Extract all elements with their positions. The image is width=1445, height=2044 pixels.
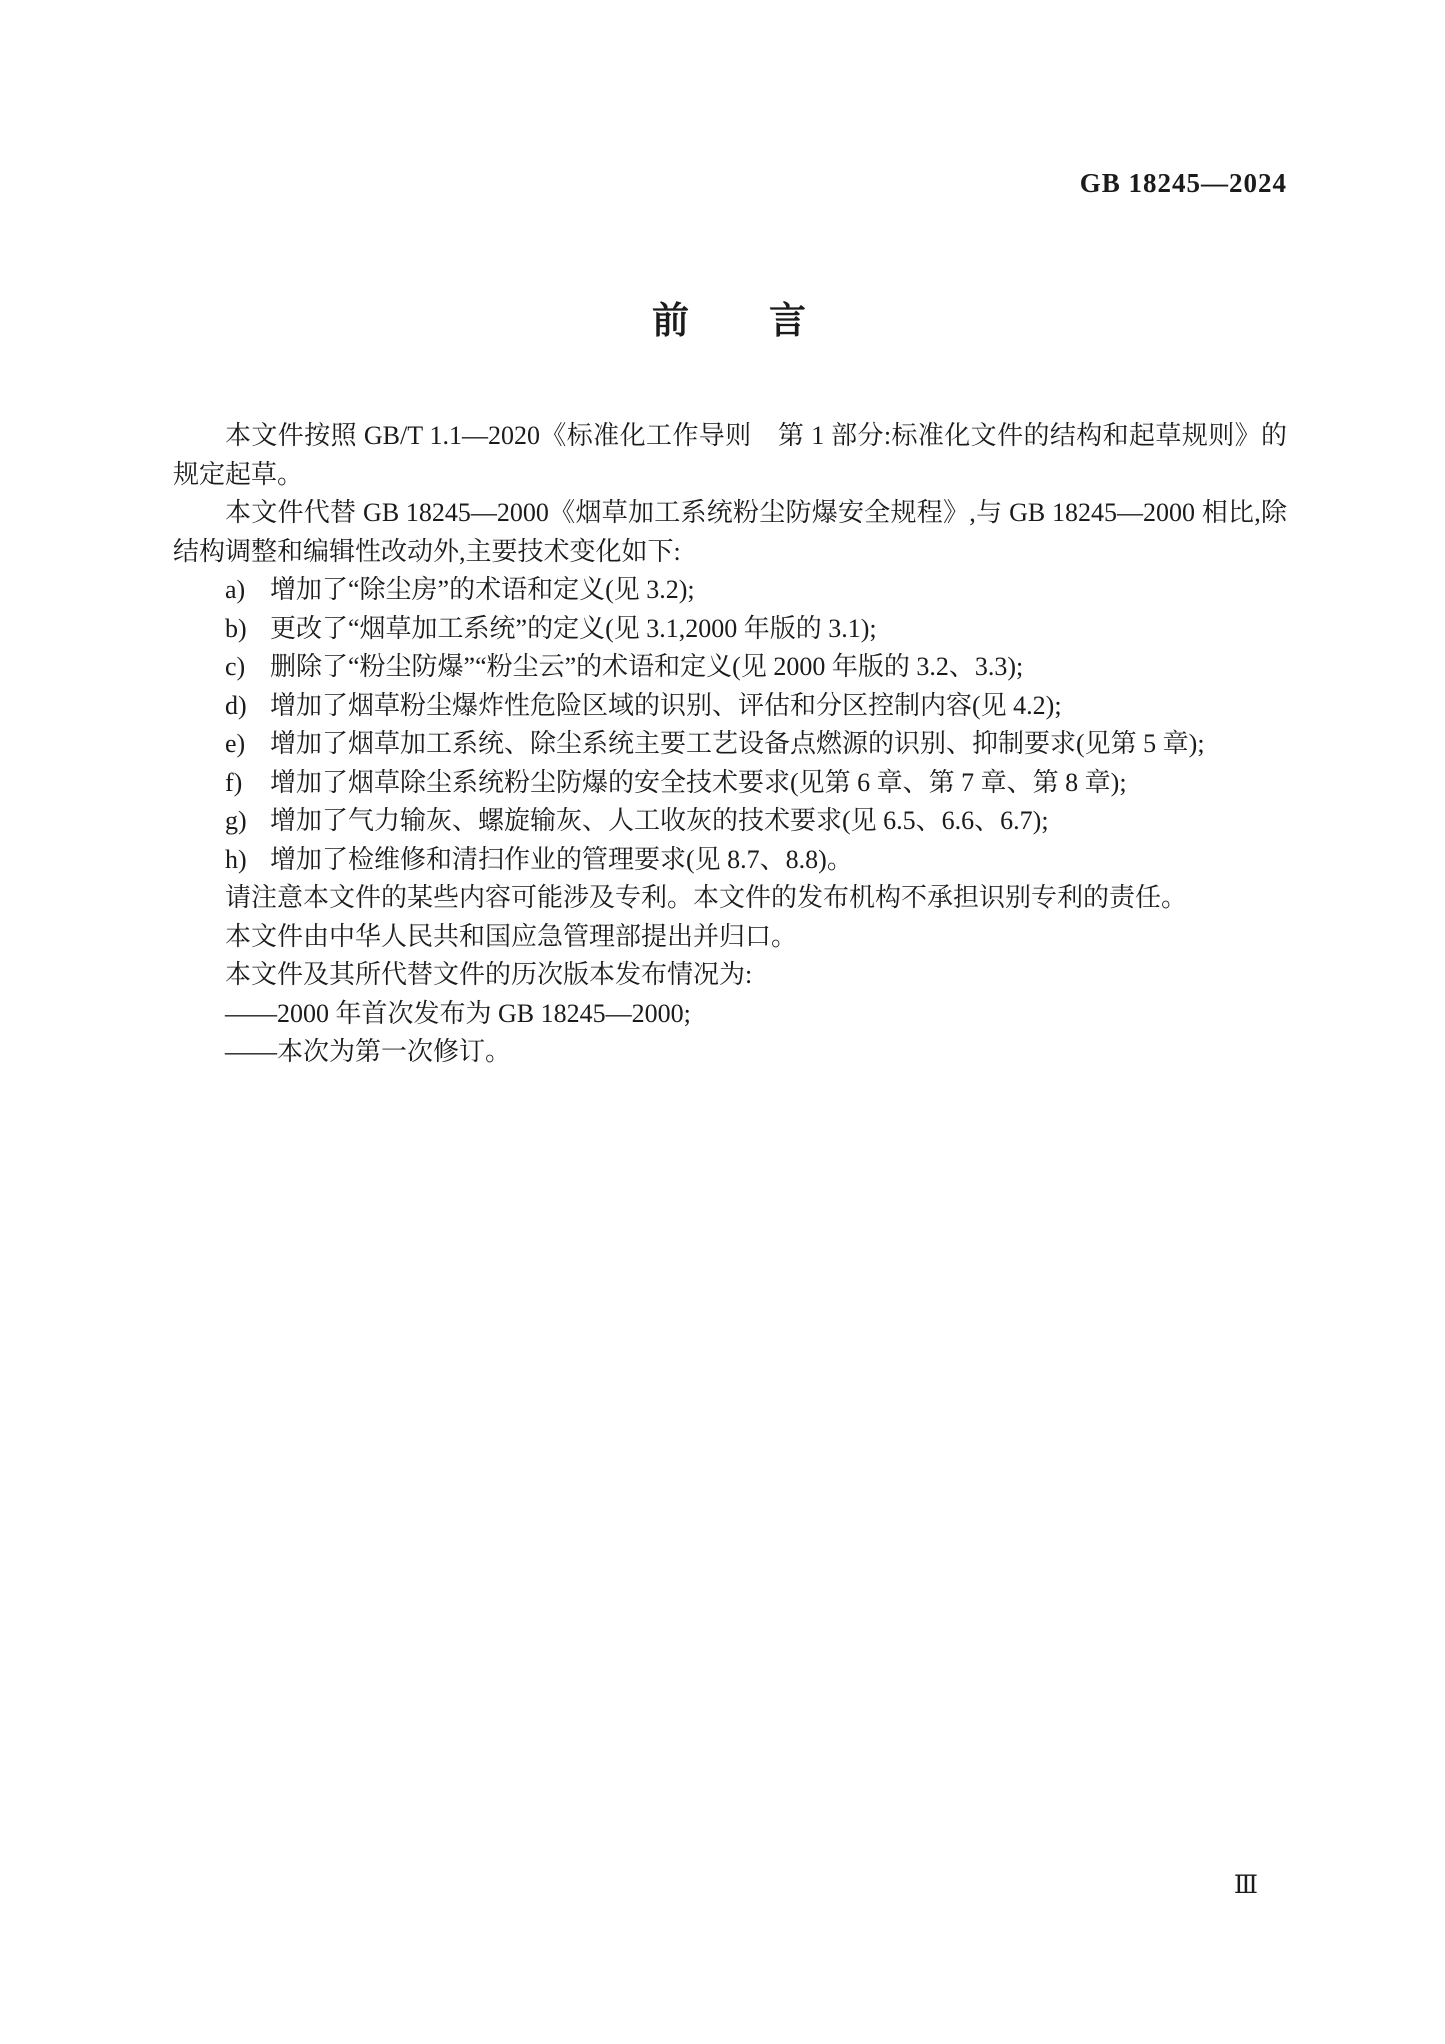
list-item-text: 删除了“粉尘防爆”“粉尘云”的术语和定义(见 2000 年版的 3.2、3.3)… (270, 648, 1287, 687)
list-item-text: 增加了烟草除尘系统粉尘防爆的安全技术要求(见第 6 章、第 7 章、第 8 章)… (270, 764, 1287, 803)
document-body: 本文件按照 GB/T 1.1—2020《标准化工作导则 第 1 部分:标准化文件… (173, 417, 1287, 1072)
paragraph: ——2000 年首次发布为 GB 18245—2000; (173, 995, 1287, 1034)
list-item-label: g) (225, 802, 270, 841)
page-title: 前 言 (173, 290, 1287, 344)
list-item-label: f) (225, 764, 270, 803)
list-item: h)增加了检维修和清扫作业的管理要求(见 8.7、8.8)。 (225, 841, 1287, 880)
standard-code: GB 18245—2024 (173, 168, 1287, 199)
list-item-label: a) (225, 571, 270, 610)
list-item: a)增加了“除尘房”的术语和定义(见 3.2); (225, 571, 1287, 610)
list-item: d)增加了烟草粉尘爆炸性危险区域的识别、评估和分区控制内容(见 4.2); (225, 687, 1287, 726)
list-item-text: 增加了烟草加工系统、除尘系统主要工艺设备点燃源的识别、抑制要求(见第 5 章); (270, 725, 1287, 764)
paragraph: ——本次为第一次修订。 (173, 1033, 1287, 1072)
list-item: b)更改了“烟草加工系统”的定义(见 3.1,2000 年版的 3.1); (225, 610, 1287, 649)
list-item-label: d) (225, 687, 270, 726)
list-item-label: c) (225, 648, 270, 687)
list-item: g)增加了气力输灰、螺旋输灰、人工收灰的技术要求(见 6.5、6.6、6.7); (225, 802, 1287, 841)
list-item: c)删除了“粉尘防爆”“粉尘云”的术语和定义(见 2000 年版的 3.2、3.… (225, 648, 1287, 687)
document-page: GB 18245—2024 前 言 本文件按照 GB/T 1.1—2020《标准… (0, 0, 1445, 2044)
list-item: e)增加了烟草加工系统、除尘系统主要工艺设备点燃源的识别、抑制要求(见第 5 章… (225, 725, 1287, 764)
list-item-label: b) (225, 610, 270, 649)
paragraph: 本文件按照 GB/T 1.1—2020《标准化工作导则 第 1 部分:标准化文件… (173, 417, 1287, 494)
page-number: Ⅲ (1234, 1872, 1258, 1900)
list-item-text: 增加了气力输灰、螺旋输灰、人工收灰的技术要求(见 6.5、6.6、6.7); (270, 802, 1287, 841)
list-item-text: 更改了“烟草加工系统”的定义(见 3.1,2000 年版的 3.1); (270, 610, 1287, 649)
paragraph: 请注意本文件的某些内容可能涉及专利。本文件的发布机构不承担识别专利的责任。 (173, 879, 1287, 918)
list-item-text: 增加了烟草粉尘爆炸性危险区域的识别、评估和分区控制内容(见 4.2); (270, 687, 1287, 726)
list-item-label: e) (225, 725, 270, 764)
list-item: f)增加了烟草除尘系统粉尘防爆的安全技术要求(见第 6 章、第 7 章、第 8 … (225, 764, 1287, 803)
paragraph: 本文件及其所代替文件的历次版本发布情况为: (173, 956, 1287, 995)
paragraph: 本文件由中华人民共和国应急管理部提出并归口。 (173, 918, 1287, 957)
list-item-text: 增加了检维修和清扫作业的管理要求(见 8.7、8.8)。 (270, 841, 1287, 880)
paragraph: 本文件代替 GB 18245—2000《烟草加工系统粉尘防爆安全规程》,与 GB… (173, 494, 1287, 571)
list-item-text: 增加了“除尘房”的术语和定义(见 3.2); (270, 571, 1287, 610)
list-item-label: h) (225, 841, 270, 880)
